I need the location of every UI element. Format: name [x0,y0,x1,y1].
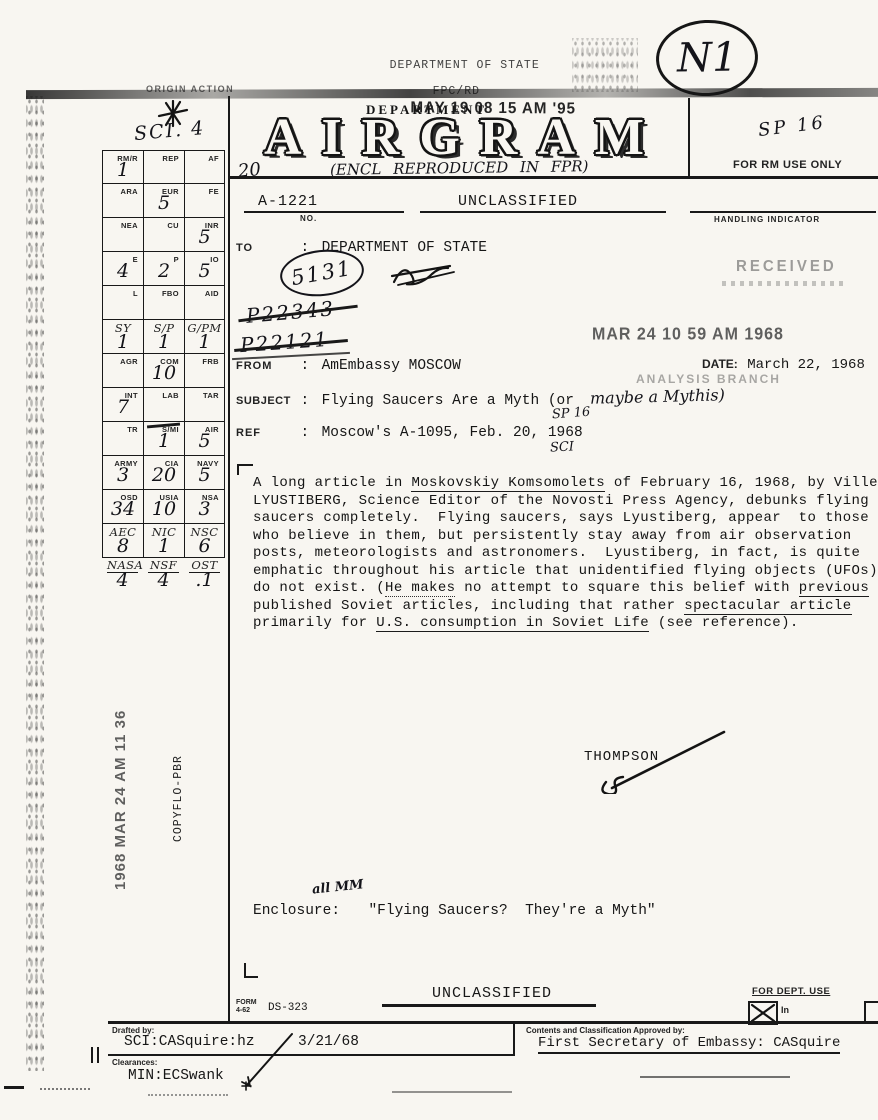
stray-rule-center [392,1091,512,1093]
origin-routing-grid: RM/R1REPAFARAEUR5FENEACUINR5E4P2IO5LFBOA… [102,150,225,592]
sp16-top-note: SP 16 [757,112,827,141]
body-line: emphatic throughout his article that uni… [253,563,878,581]
origin-grid-cell: AEC8 [102,524,143,558]
received-date-stamp: MAR 24 10 59 AM 1968 [592,325,784,344]
origin-grid-row: RM/R1REPAF [102,150,225,184]
origin-grid-cell: G/PM1 [184,320,225,354]
origin-cell-value: 6 [185,535,224,557]
routing-note: SCI. 4 [133,117,206,145]
stray-dash-left [4,1086,24,1089]
scan-smudge-band [26,88,878,99]
form-caption: FORM 4-62 [236,999,257,1014]
origin-cell-value: 4 [103,260,143,282]
origin-cell-value: 5 [185,260,224,282]
origin-grid-cell: NSA3 [184,490,225,524]
origin-grid-cell: LAB [143,388,184,422]
origin-grid-cell: AGR [102,354,143,388]
classification-bottom-rule [382,1004,596,1007]
received-stamp-smudge [722,281,844,286]
origin-grid-cell: NSC6 [184,524,225,558]
origin-cell-value: 7 [103,396,143,418]
origin-cell-value: 20 [144,464,184,486]
subject-row: SUBJECT : Flying Saucers Are a Myth (or … [236,389,725,409]
origin-cell-value: 1 [144,430,184,452]
subject-value: Flying Saucers Are a Myth (or [322,393,574,409]
body-line: A long article in Moskovskiy Komsomolets… [253,475,878,493]
date-value: March 22, 1968 [747,357,865,373]
origin-cell-value: 34 [103,498,143,520]
origin-grid-row: AGRCOM10FRB [102,354,225,388]
airgram-scan-page: DEPARTMENT OF STATE FPC/RD N1 ORIGIN ACT… [0,0,878,1120]
origin-grid-cell: CIA20 [143,456,184,490]
origin-grid-row: NASA4NSF4OST.1 [102,558,225,592]
for-rm-use-label: FOR RM USE ONLY [733,159,842,171]
origin-grid-cell: OSD34 [102,490,143,524]
origin-grid-cell: AIR5 [184,422,225,456]
form-rev: 4-62 [236,1007,250,1014]
origin-grid-cell: OST.1 [184,558,225,592]
classification-bottom: UNCLASSIFIED [432,985,552,1002]
origin-cell-value: 2 [144,260,184,282]
analysis-branch-stamp: ANALYSIS BRANCH [636,372,781,386]
office-code-text: 5131 [290,256,355,290]
body-open-bracket [237,464,253,475]
origin-grid-cell: TR [102,422,143,456]
clearances-label: Clearances: [112,1058,157,1067]
origin-cell-label: FBO [144,286,184,298]
body-line: posts, meteorologists and astronomers. L… [253,545,878,563]
origin-cell-label: CU [144,218,184,230]
origin-grid-cell: TAR [184,388,225,422]
origin-cell-value: 1 [144,535,184,557]
origin-cell-value: 1 [144,331,184,353]
origin-grid-cell: COM10 [143,354,184,388]
body-text: A long article in Moskovskiy Komsomolets… [253,475,878,633]
x-mark-icon [750,1003,776,1023]
clearances-value: MIN:ECSwank [128,1068,224,1084]
doc-number: A-1221 [258,193,318,210]
origin-grid-cell: ARMY3 [102,456,143,490]
origin-cell-label: AF [185,151,224,163]
origin-grid-row: TRS/MI1AIR5 [102,422,225,456]
origin-grid-row: OSD34USIA10NSA3 [102,490,225,524]
from-row: FROM : AmEmbassy MOSCOW [236,356,461,374]
origin-grid-cell: NSF4 [143,558,184,592]
origin-grid-cell: AID [184,286,225,320]
footer-heavy-rule [108,1021,878,1024]
received-stamp: RECEIVED [736,258,837,276]
from-colon: : [300,358,309,374]
ref-colon: : [300,425,309,441]
ref-note-sci: SCI [550,439,575,455]
origin-grid-row: ARAEUR5FE [102,184,225,218]
origin-cell-label: ARA [103,184,143,196]
origin-grid-row: AEC8NIC1NSC6 [102,524,225,558]
classification-rule [420,211,666,213]
date-row: DATE: March 22, 1968 [702,355,865,373]
handling-rule [690,211,876,213]
origin-cell-label: LAB [144,388,184,400]
to-label: TO [236,242,296,254]
origin-grid-cell: ARA [102,184,143,218]
body-close-bracket [244,963,258,978]
origin-grid-cell: NEA [102,218,143,252]
origin-cell-value: 8 [103,535,143,557]
n1-circle-annotation: N1 [654,17,760,98]
from-value: AmEmbassy MOSCOW [322,358,461,374]
origin-cell-value: 5 [185,430,224,452]
origin-grid-row: INT7LABTAR [102,388,225,422]
date-label: DATE: [702,357,738,371]
dept-stamp-line1: DEPARTMENT OF STATE [390,59,540,72]
subject-handwritten-addition: maybe a Mythis) [590,385,725,408]
footer-cell-divider [513,1021,515,1055]
masthead-rule [228,176,878,179]
origin-grid-cell: RM/R1 [102,150,143,184]
body-line: published Soviet articles, including tha… [253,598,878,616]
ref-row: REF : Moscow's A-1095, Feb. 20, 1968 [236,423,583,441]
origin-grid-cell: SY1 [102,320,143,354]
origin-grid-cell: FE [184,184,225,218]
origin-cell-value: .1 [184,569,225,591]
masthead-divider [688,98,690,176]
body-line: primarily for U.S. consumption in Soviet… [253,615,878,633]
archive-timestamp-stamp: 1968 MAR 24 AM 11 36 [112,704,129,890]
origin-grid-cell: FRB [184,354,225,388]
origin-cell-value: 5 [185,464,224,486]
origin-grid-cell: S/P1 [143,320,184,354]
origin-cell-value: 1 [185,331,224,353]
drafted-by-value: SCI:CASquire:hz [124,1034,255,1050]
in-checkbox-label: In [781,1005,789,1015]
origin-cell-value: 4 [102,569,143,591]
stray-tick-2 [97,1047,99,1063]
from-label: FROM [236,360,296,372]
origin-grid-cell: NASA4 [102,558,143,592]
origin-grid-cell: EUR5 [143,184,184,218]
ref-note-sp16: SP 16 [552,405,591,423]
origin-grid-cell: USIA10 [143,490,184,524]
form-number: DS-323 [268,1002,308,1014]
origin-grid-cell: S/MI1 [143,422,184,456]
origin-grid-cell: NAVY5 [184,456,225,490]
scan-edge-noise [26,96,44,1071]
enclosure-handwritten-note: all MM [311,877,364,897]
origin-cell-label: TR [103,422,143,434]
stray-dots-bottom [148,1094,228,1096]
doc-number-rule [244,211,404,213]
ref-value: Moscow's A-1095, Feb. 20, 1968 [322,425,583,441]
origin-grid-cell: IO5 [184,252,225,286]
origin-cell-label: AGR [103,354,143,366]
body-line: do not exist. (He makes no attempt to sq… [253,580,878,598]
origin-cell-label: NEA [103,218,143,230]
origin-cell-label: REP [144,151,184,163]
n1-text: N1 [676,34,737,81]
approved-by-value: First Secretary of Embassy: CASquire [538,1035,840,1054]
origin-grid-cell: AF [184,150,225,184]
origin-cell-value: 10 [144,362,184,384]
ref-label: REF [236,427,296,439]
subject-label: SUBJECT [236,395,296,407]
drafted-date: 3/21/68 [298,1034,359,1050]
signature-mark [592,722,737,794]
stray-rule-right [640,1076,790,1078]
enclosure-label: Enclosure: [253,903,340,919]
out-checkbox-partial [864,1001,878,1023]
form-left-border [228,96,230,1024]
origin-grid-cell: L [102,286,143,320]
origin-grid-cell: P2 [143,252,184,286]
form-word: FORM [236,999,257,1006]
origin-grid-cell: NIC1 [143,524,184,558]
origin-cell-value: 5 [144,192,184,214]
origin-cell-label: AID [185,286,224,298]
origin-cell-label: FE [185,184,224,196]
stray-tick-1 [91,1047,93,1063]
origin-grid-row: ARMY3CIA20NAVY5 [102,456,225,490]
body-line: saucers completely. Flying saucers, says… [253,510,878,528]
origin-grid-cell: FBO [143,286,184,320]
body-line: who believe in them, but persistently st… [253,528,878,546]
copyflo-note: COPYFLO-PBR [172,740,185,842]
origin-cell-value: 3 [185,498,224,520]
for-dept-use-label: FOR DEPT. USE [752,986,830,997]
origin-grid-row: SY1S/P1G/PM1 [102,320,225,354]
origin-cell-label: L [103,286,143,298]
doc-number-caption: NO. [300,214,317,223]
origin-cell-label: FRB [185,354,224,366]
approved-by-label: Contents and Classification Approved by: [526,1026,685,1035]
origin-cell-value: 5 [185,226,224,248]
enclosure-row: Enclosure: "Flying Saucers? They're a My… [253,901,656,919]
body-line: LYUSTIBERG, Science Editor of the Novost… [253,493,878,511]
footer-mid-rule [108,1054,515,1056]
origin-cell-value: 3 [103,464,143,486]
origin-grid-cell: E4 [102,252,143,286]
enclosure-value: "Flying Saucers? They're a Myth" [368,903,655,919]
handling-indicator-label: HANDLING INDICATOR [714,215,820,224]
subject-colon: : [300,393,309,409]
stray-dots-left [40,1088,90,1090]
scan-noise-patch [572,38,638,92]
origin-cell-value: 1 [103,159,143,181]
origin-grid-cell: INT7 [102,388,143,422]
origin-grid-cell: INR5 [184,218,225,252]
origin-grid-row: NEACUINR5 [102,218,225,252]
origin-cell-label: TAR [185,388,224,400]
origin-grid-row: LFBOAID [102,286,225,320]
clearance-arrow-mark [236,1028,300,1092]
classification-top: UNCLASSIFIED [458,193,578,210]
origin-cell-value: 4 [143,569,184,591]
origin-grid-row: E4P2IO5 [102,252,225,286]
scribble-initials [388,254,460,292]
origin-cell-value: 10 [144,498,184,520]
origin-grid-cell: REP [143,150,184,184]
origin-cell-value: 1 [103,331,143,353]
origin-grid-cell: CU [143,218,184,252]
